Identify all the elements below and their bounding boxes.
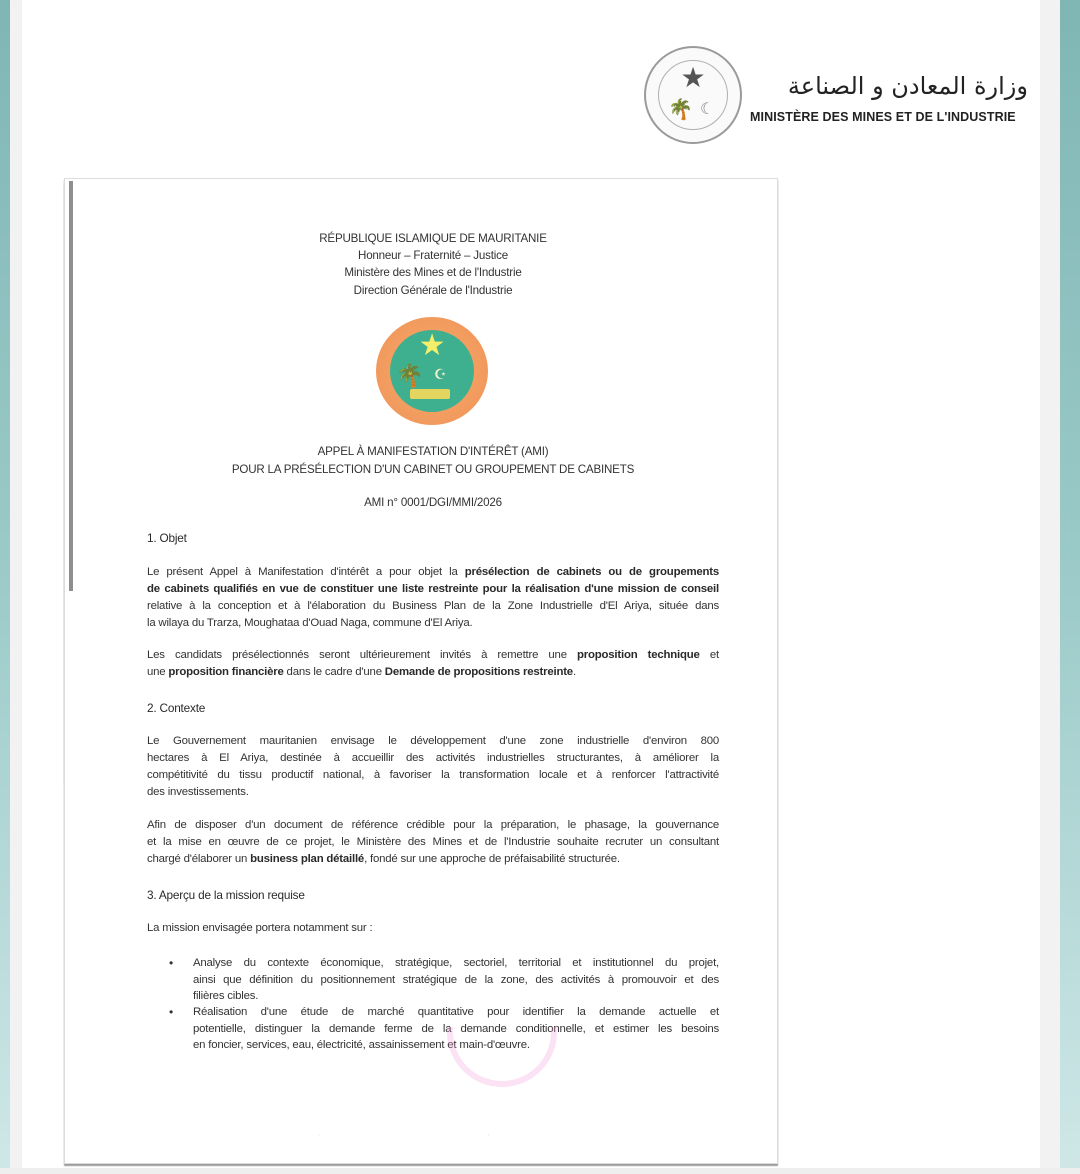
official-stamp-icon: [447, 1027, 557, 1087]
text-line: ainsi que définition du positionnement s…: [193, 972, 719, 989]
document-page: RÉPUBLIQUE ISLAMIQUE DE MAURITANIE Honne…: [64, 178, 778, 1164]
text-line: des investissements.: [147, 784, 719, 801]
text-line: Analyse du contexte économique, stratégi…: [193, 955, 719, 972]
section-heading-mission: 3. Aperçu de la mission requise: [147, 888, 305, 902]
text-line: Le présent Appel à Manifestation d'intér…: [147, 564, 719, 581]
text-line: chargé d'élaborer un business plan détai…: [147, 851, 719, 868]
paragraph: Le présent Appel à Manifestation d'intér…: [147, 564, 719, 632]
section-heading-objet: 1. Objet: [147, 531, 187, 545]
text-line: filières cibles.: [193, 988, 719, 1005]
issuing-direction: Direction Générale de l'Industrie: [147, 282, 719, 299]
national-emblem-icon: ★ 🌴 ☪: [376, 317, 488, 425]
text-line: Le Gouvernement mauritanien envisage le …: [147, 733, 719, 750]
title-line-1: APPEL À MANIFESTATION D'INTÉRÊT (AMI): [147, 443, 719, 461]
bullet-icon: •: [169, 1004, 173, 1021]
text-line: Les candidats présélectionnés seront ult…: [147, 647, 719, 664]
scroll-indicator[interactable]: [69, 181, 73, 591]
faint-text: ·: [317, 1129, 320, 1141]
document-title: APPEL À MANIFESTATION D'INTÉRÊT (AMI) PO…: [147, 443, 719, 478]
ministry-letterhead: ★ 🌴 ☾ وزارة المعادن و الصناعة MINISTÈRE …: [644, 46, 1034, 146]
ministry-name-french: MINISTÈRE DES MINES ET DE L'INDUSTRIE: [750, 110, 1016, 124]
text-line: Réalisation d'une étude de marché quanti…: [193, 1004, 719, 1021]
text-line: relative à la conception et à l'élaborat…: [147, 598, 719, 615]
text-line: de cabinets qualifiés en vue de constitu…: [147, 581, 719, 598]
section-heading-contexte: 2. Contexte: [147, 701, 205, 715]
national-motto: Honneur – Fraternité – Justice: [147, 247, 719, 264]
text-line: compétitivité du tissu productif nationa…: [147, 767, 719, 784]
paragraph: Les candidats présélectionnés seront ult…: [147, 647, 719, 681]
paragraph: Le Gouvernement mauritanien envisage le …: [147, 733, 719, 801]
bottom-edge: [0, 1168, 1080, 1174]
title-line-2: POUR LA PRÉSÉLECTION D'UN CABINET OU GRO…: [147, 461, 719, 479]
bullet-icon: •: [169, 955, 173, 972]
text-line: la wilaya du Trarza, Moughataa d'Ouad Na…: [147, 615, 719, 632]
paragraph: Afin de disposer d'un document de référe…: [147, 817, 719, 868]
text-line: hectares à El Ariya, destinée à accueill…: [147, 750, 719, 767]
reference-number: AMI n° 0001/DGI/MMI/2026: [147, 496, 719, 509]
mission-intro: La mission envisagée portera notamment s…: [147, 922, 372, 934]
national-seal-icon: ★ 🌴 ☾: [644, 46, 742, 144]
document-header: RÉPUBLIQUE ISLAMIQUE DE MAURITANIE Honne…: [147, 230, 719, 299]
page-edge: [63, 185, 64, 785]
text-line: une proposition financière dans le cadre…: [147, 664, 719, 681]
text-line: et la mise en œuvre de ce projet, le Min…: [147, 834, 719, 851]
issuing-ministry: Ministère des Mines et de l'Industrie: [147, 264, 719, 281]
text-line: Afin de disposer d'un document de référe…: [147, 817, 719, 834]
faint-text: ·: [487, 1129, 490, 1141]
ministry-name-arabic: وزارة المعادن و الصناعة: [766, 74, 1028, 98]
country-name: RÉPUBLIQUE ISLAMIQUE DE MAURITANIE: [147, 230, 719, 247]
